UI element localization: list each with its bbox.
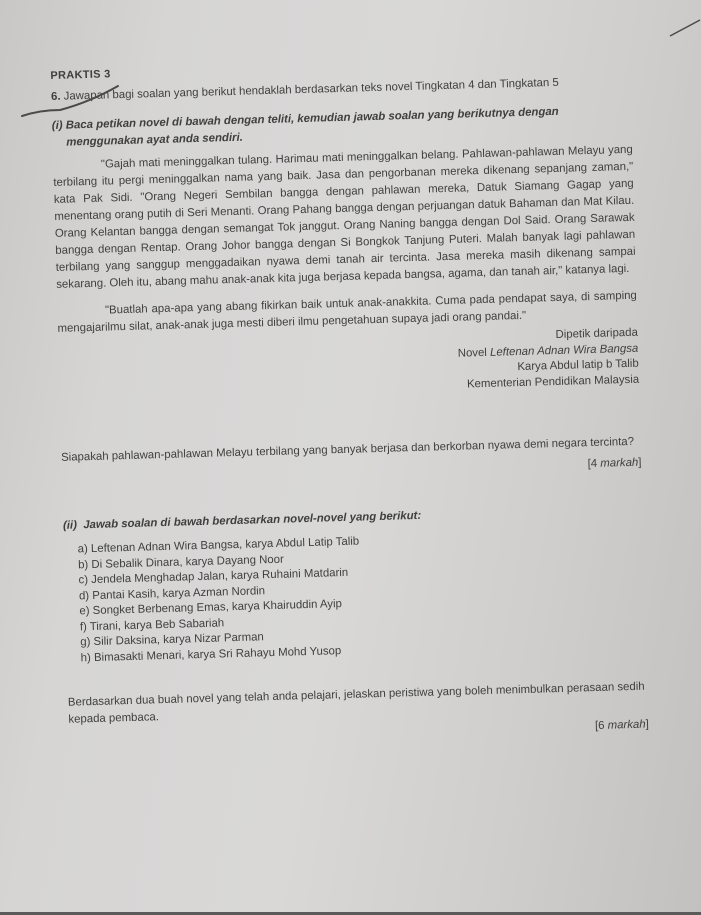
marks-word: markah	[607, 719, 645, 732]
marks-close: ]	[638, 457, 642, 469]
source-novel-prefix: Novel	[458, 346, 491, 359]
part1-label: (i)	[52, 120, 63, 132]
marks-open: [6	[595, 720, 608, 732]
source-novel-title: Leftenan Adnan Wira Bangsa	[490, 342, 639, 358]
marks-word: markah	[600, 457, 638, 470]
novel-list: a) Leftenan Adnan Wira Bangsa, karya Abd…	[63, 527, 646, 667]
exam-page: PRAKTIS 3 6. Jawapan bagi soalan yang be…	[50, 44, 649, 750]
excerpt-source: Dipetik daripada Novel Leftenan Adnan Wi…	[58, 326, 640, 404]
part2-label: (ii)	[63, 519, 77, 531]
marks-open: [4	[587, 458, 600, 470]
excerpt-paragraph: "Gajah mati meninggalkan tulang. Harimau…	[53, 142, 637, 294]
part2-instruction-text: Jawab soalan di bawah berdasarkan novel-…	[83, 510, 421, 531]
pen-checkmark-icon	[20, 80, 140, 120]
pen-stroke-corner-icon	[668, 18, 701, 38]
marks-close: ]	[645, 719, 649, 731]
novel-excerpt: "Gajah mati meninggalkan tulang. Harimau…	[53, 142, 638, 338]
